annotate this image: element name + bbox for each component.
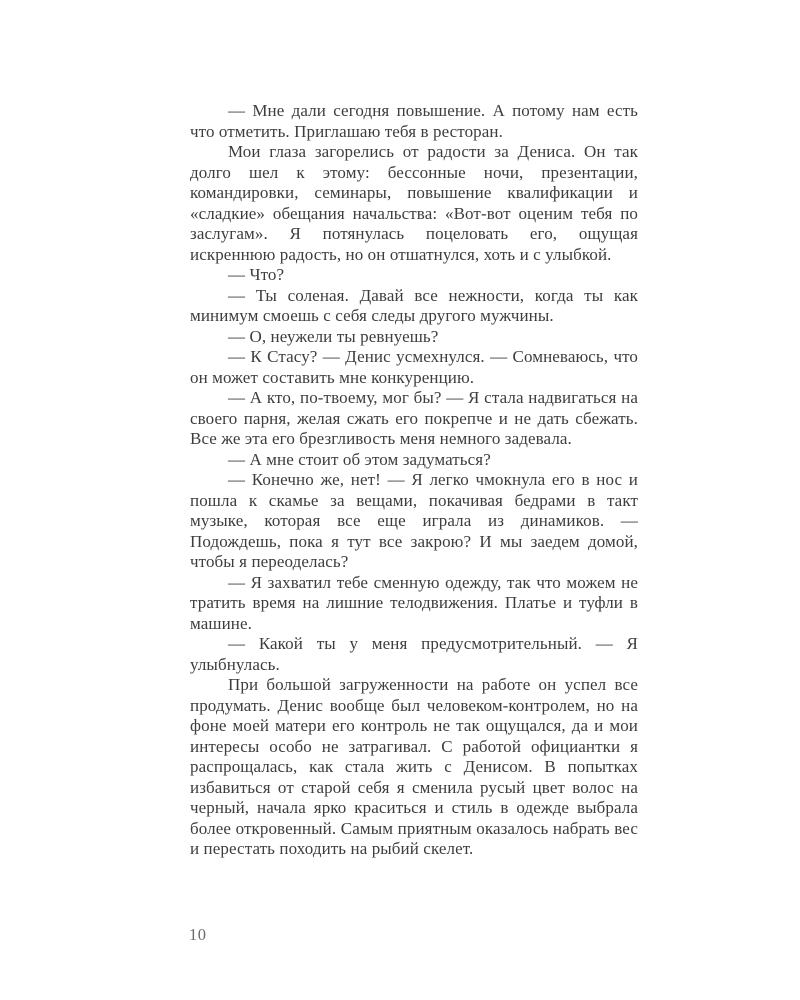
- paragraph: — А мне стоит об этом задуматься?: [190, 450, 638, 471]
- paragraph: При большой загруженности на работе он у…: [190, 675, 638, 860]
- paragraph: — Конечно же, нет! — Я легко чмокнула ег…: [190, 470, 638, 573]
- paragraph: — К Стасу? — Денис усмехнулся. — Сомнева…: [190, 347, 638, 388]
- paragraph: — Какой ты у меня предусмотрительный. — …: [190, 634, 638, 675]
- paragraph: — Мне дали сегодня повышение. А потому н…: [190, 101, 638, 142]
- book-page: — Мне дали сегодня повышение. А потому н…: [0, 0, 800, 1000]
- paragraph: — Ты соленая. Давай все нежности, когда …: [190, 286, 638, 327]
- paragraph: Мои глаза загорелись от радости за Денис…: [190, 142, 638, 265]
- page-number: 10: [189, 925, 207, 945]
- paragraph: — О, неужели ты ревнуешь?: [190, 327, 638, 348]
- paragraph: — Я захватил тебе сменную одежду, так чт…: [190, 573, 638, 635]
- paragraph: — А кто, по-твоему, мог бы? — Я стала на…: [190, 388, 638, 450]
- body-text: — Мне дали сегодня повышение. А потому н…: [190, 101, 638, 860]
- paragraph: — Что?: [190, 265, 638, 286]
